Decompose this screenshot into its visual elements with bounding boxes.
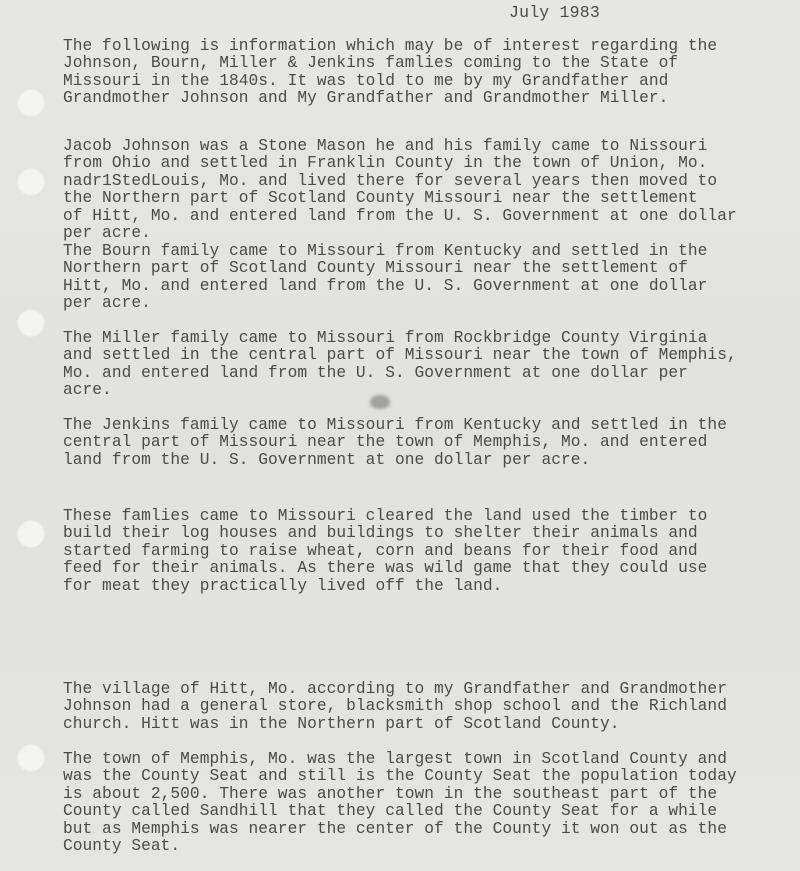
text-line: per acre. xyxy=(63,224,151,242)
text-line: Hitt, Mo. and entered land from the U. S… xyxy=(63,277,707,295)
text-line: Northern part of Scotland County Missour… xyxy=(63,259,688,277)
text-line: but as Memphis was nearer the center of … xyxy=(63,820,727,838)
text-line: and settled in the central part of Misso… xyxy=(63,346,737,364)
punch-hole xyxy=(17,520,45,548)
text-line: of Hitt, Mo. and entered land from the U… xyxy=(63,207,737,225)
paragraph-families: These famlies came to Missouri cleared t… xyxy=(63,508,707,595)
text-line: Johnson had a general store, blacksmith … xyxy=(63,697,727,715)
text-line: Missouri in the 1840s. It was told to me… xyxy=(63,72,668,90)
text-line: County Seat. xyxy=(63,837,180,855)
text-line: acre. xyxy=(63,381,112,399)
text-line: These famlies came to Missouri cleared t… xyxy=(63,507,707,525)
punch-hole xyxy=(17,89,45,117)
punch-hole xyxy=(17,309,45,337)
text-line: for meat they practically lived off the … xyxy=(63,577,502,595)
text-line: church. Hitt was in the Northern part of… xyxy=(63,715,620,733)
text-line: The Bourn family came to Missouri from K… xyxy=(63,242,707,260)
text-line: Mo. and entered land from the U. S. Gove… xyxy=(63,364,688,382)
paragraph-bourn: The Bourn family came to Missouri from K… xyxy=(63,243,707,313)
text-line: Grandmother Johnson and My Grandfather a… xyxy=(63,89,668,107)
text-line: nadr1StedLouis, Mo. and lived there for … xyxy=(63,172,717,190)
paragraph-intro: The following is information which may b… xyxy=(63,38,717,108)
paragraph-hitt: The village of Hitt, Mo. according to my… xyxy=(63,681,727,733)
text-line: started farming to raise wheat, corn and… xyxy=(63,542,698,560)
text-line: The village of Hitt, Mo. according to my… xyxy=(63,680,727,698)
text-line: Johnson, Bourn, Miller & Jenkins famlies… xyxy=(63,54,678,72)
punch-hole xyxy=(17,744,45,772)
text-line: The Jenkins family came to Missouri from… xyxy=(63,416,727,434)
paragraph-memphis: The town of Memphis, Mo. was the largest… xyxy=(63,751,737,855)
text-line: per acre. xyxy=(63,294,151,312)
text-line: central part of Missouri near the town o… xyxy=(63,433,707,451)
typewritten-page: July 1983 The following is information w… xyxy=(0,0,800,871)
text-line: The town of Memphis, Mo. was the largest… xyxy=(63,750,727,768)
text-line: was the County Seat and still is the Cou… xyxy=(63,767,737,785)
text-line: County called Sandhill that they called … xyxy=(63,802,717,820)
paragraph-johnson: Jacob Johnson was a Stone Mason he and h… xyxy=(63,138,737,242)
text-line: from Ohio and settled in Franklin County… xyxy=(63,154,707,172)
text-line: The Miller family came to Missouri from … xyxy=(63,329,707,347)
paragraph-jenkins: The Jenkins family came to Missouri from… xyxy=(63,417,727,469)
paragraph-miller: The Miller family came to Missouri from … xyxy=(63,330,737,400)
text-line: The following is information which may b… xyxy=(63,37,717,55)
text-line: land from the U. S. Government at one do… xyxy=(63,451,590,469)
text-line: Jacob Johnson was a Stone Mason he and h… xyxy=(63,137,707,155)
text-line: the Northern part of Scotland County Mis… xyxy=(63,189,698,207)
text-line: feed for their animals. As there was wil… xyxy=(63,559,707,577)
document-date: July 1983 xyxy=(509,3,600,22)
punch-hole xyxy=(17,168,45,196)
text-line: build their log houses and buildings to … xyxy=(63,524,698,542)
text-line: is about 2,500. There was another town i… xyxy=(63,785,717,803)
